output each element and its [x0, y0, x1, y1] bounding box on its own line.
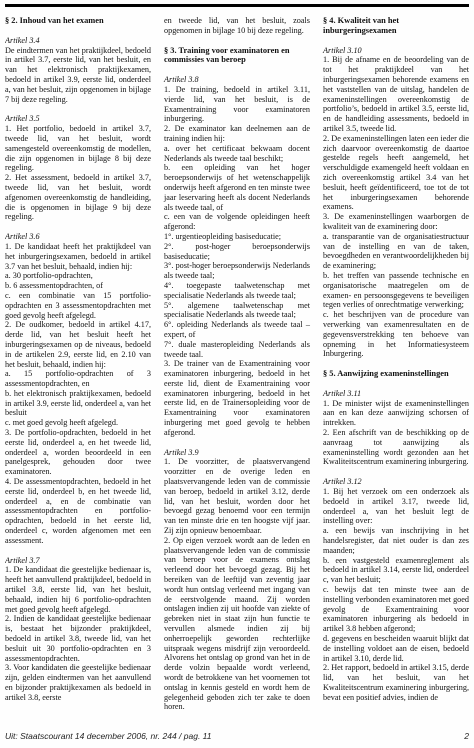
article-label: Artikel 3.10 [323, 46, 469, 56]
paragraph: 1. De kandidaat heeft het praktijkdeel v… [5, 242, 151, 271]
paragraph: 2. De exameninstellingen laten een ieder… [323, 134, 469, 212]
paragraph: 6°. opleiding Nederlands als tweede taal… [164, 320, 310, 340]
paragraph: c. een combinatie van 15 portfolio-opdra… [5, 291, 151, 320]
paragraph: en tweede lid, van het besluit, zoals op… [164, 16, 310, 36]
paragraph: c. een van de volgende opleidingen heeft… [164, 212, 310, 232]
footer-source: Uit: Staatscourant 14 december 2006, nr.… [5, 731, 212, 741]
paragraph: 3. De trainer van de Examentraining voor… [164, 359, 310, 437]
article-label: Artikel 3.4 [5, 36, 151, 46]
paragraph: 1. Bij het verzoek om een onderzoek als … [323, 487, 469, 526]
section-heading: § 2. Inhoud van het examen [5, 16, 151, 26]
paragraph: 3. De portfolio-opdrachten, bedoeld in h… [5, 428, 151, 477]
paragraph: 3°. post-hoger beroepsonderwijs Nederlan… [164, 261, 310, 281]
paragraph: 2. Het rapport, bedoeld in artikel 3.15,… [323, 663, 469, 702]
paragraph: 2. Het assessment, bedoeld in artikel 3.… [5, 173, 151, 222]
paragraph: 2°. post-hoger beroepsonderwijs basisedu… [164, 242, 310, 262]
paragraph: 4°. toegepaste taalwetenschap met specia… [164, 281, 310, 301]
paragraph: 2. Een afschrift van de beschikking op d… [323, 428, 469, 467]
paragraph: 2. De examinator kan deelnemen aan de tr… [164, 124, 310, 144]
section-heading: § 4. Kwaliteit van het inburgeringsexame… [323, 16, 469, 36]
paragraph: 3. Voor kandidaten die geestelijke bedie… [5, 663, 151, 702]
top-rule [5, 4, 469, 7]
paragraph: b. een vastgesteld examenreglement als b… [323, 556, 469, 585]
article-label: Artikel 3.9 [164, 448, 310, 458]
article-label: Artikel 3.11 [323, 389, 469, 399]
columns-container: § 2. Inhoud van het examenArtikel 3.4De … [5, 16, 469, 722]
paragraph: 1. Het portfolio, bedoeld in artikel 3.7… [5, 124, 151, 173]
paragraph: 7°. duale masteropleiding Nederlands als… [164, 340, 310, 360]
text-column: en tweede lid, van het besluit, zoals op… [164, 16, 310, 722]
page-footer: Uit: Staatscourant 14 december 2006, nr.… [5, 731, 469, 741]
paragraph: 2. Indien de kandidaat geestelijke bedie… [5, 614, 151, 663]
paragraph: 1. De minister wijst de exameninstelling… [323, 399, 469, 428]
paragraph: 4. De assessmentopdrachten, bedoeld in h… [5, 477, 151, 546]
section-heading: § 5. Aanwijzing exameninstellingen [323, 369, 469, 379]
paragraph: a. over het certificaat bekwaam docent N… [164, 144, 310, 164]
paragraph: 1°. urgentieopleiding basiseducatie; [164, 232, 310, 242]
paragraph: c. het beschrijven van de procedure van … [323, 310, 469, 359]
article-label: Artikel 3.5 [5, 114, 151, 124]
section-heading: § 3. Training voor examinatoren en commi… [164, 46, 310, 66]
paragraph: 3. De exameninstellingen waarborgen de k… [323, 212, 469, 232]
paragraph: b. het elektronisch praktijkexamen, bedo… [5, 389, 151, 418]
paragraph: 5°. algemene taalwetenschap met speciali… [164, 301, 310, 321]
text-column: § 2. Inhoud van het examenArtikel 3.4De … [5, 16, 151, 722]
footer-page-number: 2 [464, 731, 469, 741]
paragraph: a. een bewijs van inschrijving in het ha… [323, 526, 469, 555]
paragraph: a. transparantie van de organisatiestruc… [323, 232, 469, 271]
paragraph: 1. De training, bedoeld in artikel 3.11,… [164, 85, 310, 124]
paragraph: a. 30 portfolio-opdrachten, [5, 271, 151, 281]
article-label: Artikel 3.8 [164, 75, 310, 85]
paragraph: c. bewijs dat ten minste twee aan de ins… [323, 585, 469, 634]
paragraph: De eindtermen van het praktijkdeel, bedo… [5, 46, 151, 105]
article-label: Artikel 3.6 [5, 232, 151, 242]
paragraph: 1. De voorzitter, de plaatsvervangend vo… [164, 457, 310, 535]
paragraph: 2. De oudkomer, bedoeld in artikel 4.17,… [5, 320, 151, 369]
paragraph: b. 6 assessmentopdrachten, of [5, 281, 151, 291]
paragraph: a. 15 portfolio-opdrachten of 3 assessme… [5, 369, 151, 389]
paragraph: d. gegevens en bescheiden waaruit blijkt… [323, 634, 469, 663]
paragraph: b. het treffen van passende technische e… [323, 271, 469, 310]
article-label: Artikel 3.7 [5, 556, 151, 566]
paragraph: 1. Bij de afname en de beoordeling van d… [323, 55, 469, 133]
paragraph: 2. Op eigen verzoek wordt aan de leden e… [164, 536, 310, 712]
paragraph: b. een opleiding van het hoger beroepson… [164, 163, 310, 212]
document-page: § 2. Inhoud van het examenArtikel 3.4De … [0, 0, 474, 748]
paragraph: c. met goed gevolg heeft afgelegd. [5, 418, 151, 428]
article-label: Artikel 3.12 [323, 477, 469, 487]
text-column: § 4. Kwaliteit van het inburgeringsexame… [323, 16, 469, 722]
paragraph: 1. De kandidaat die geestelijke bedienaa… [5, 565, 151, 614]
